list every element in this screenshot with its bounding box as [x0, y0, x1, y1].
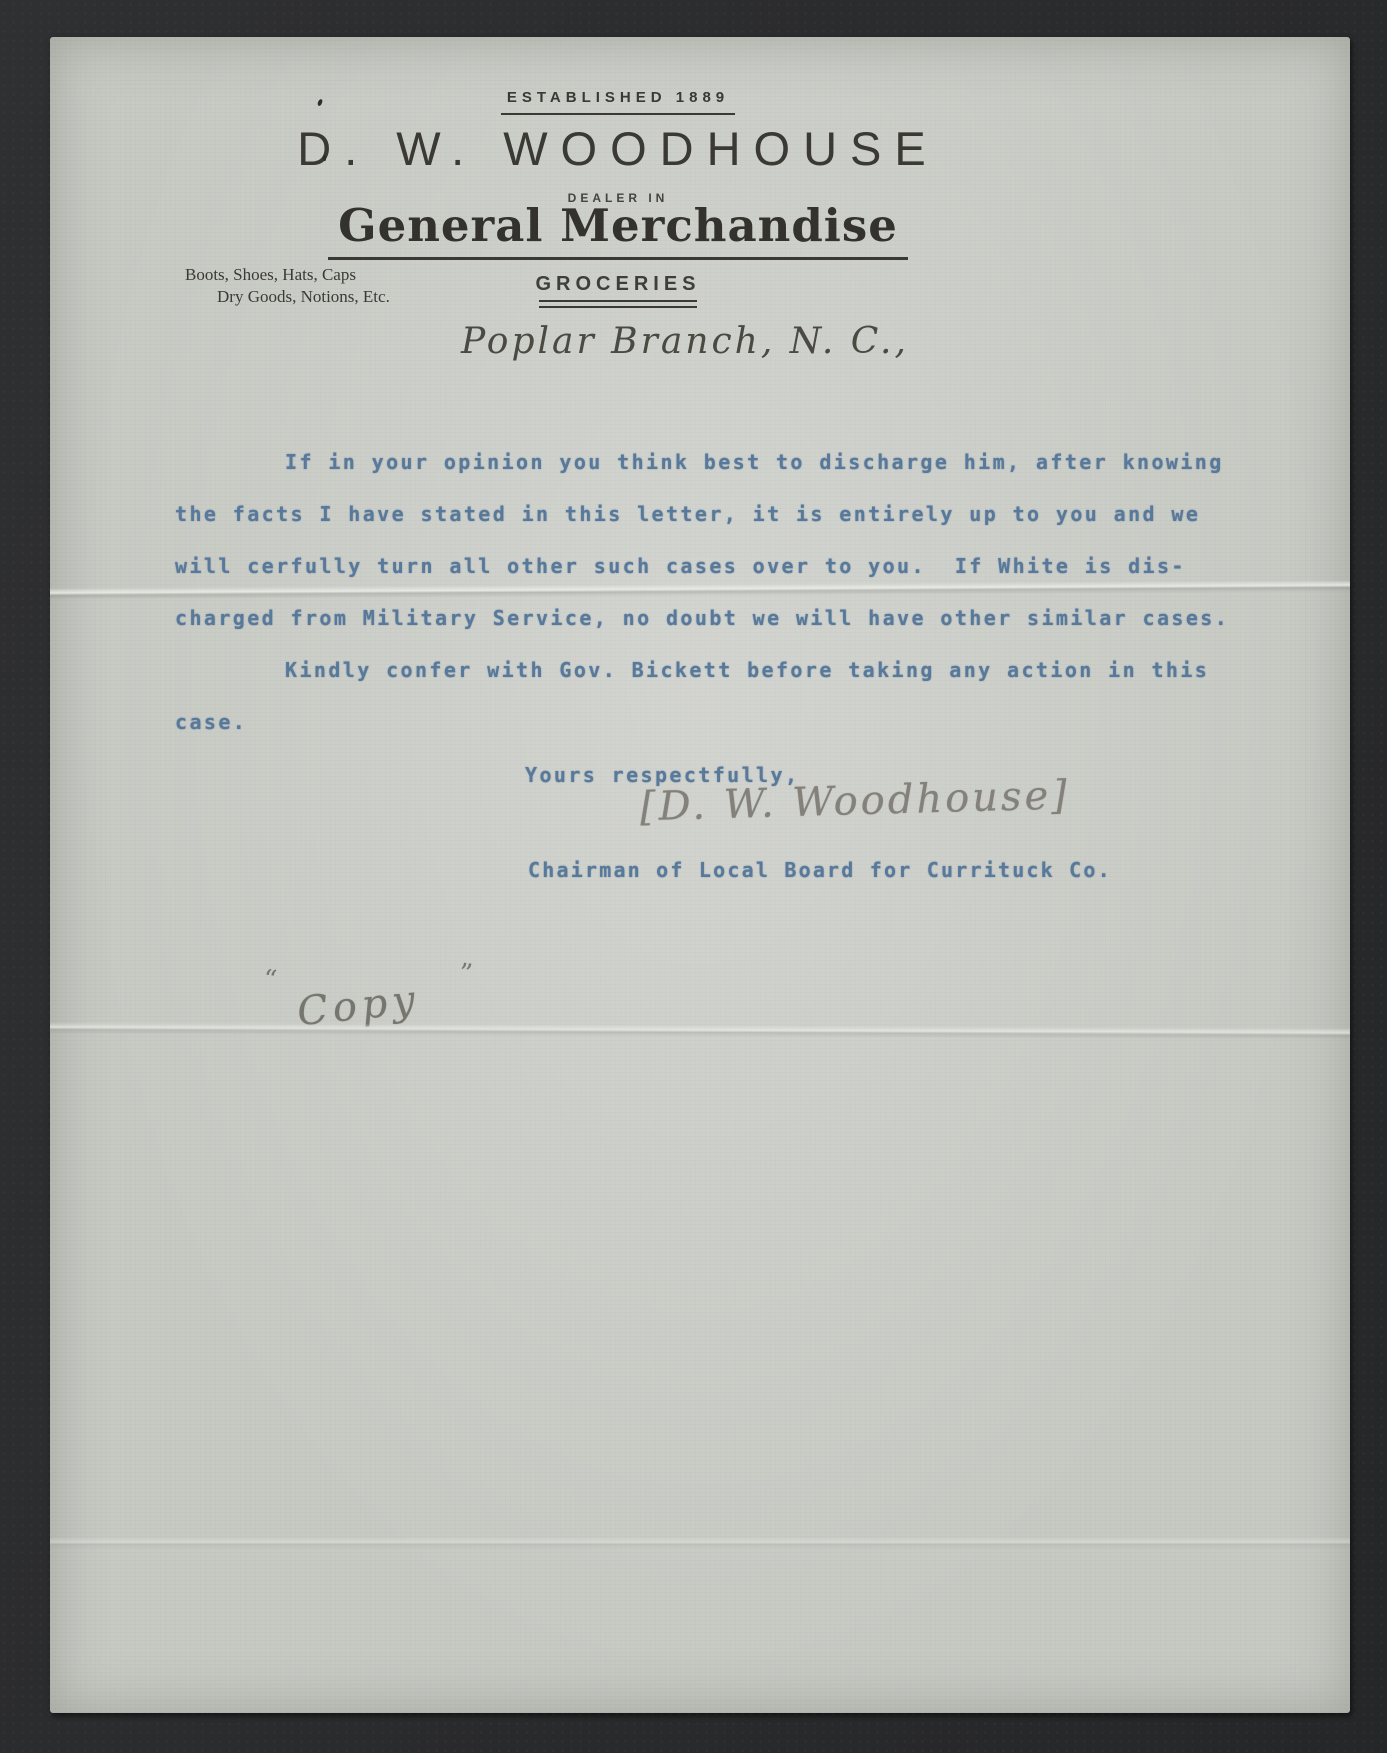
established-text: ESTABLISHED 1889: [501, 89, 735, 115]
signer-title: Chairman of Local Board for Currituck Co…: [528, 844, 1112, 896]
body-line: Kindly confer with Gov. Bickett before t…: [175, 644, 1310, 696]
scanned-letter: ESTABLISHED 1889 D. W. WOODHOUSE DEALER …: [0, 0, 1387, 1753]
handwritten-signature: [D. W. Woodhouse]: [639, 774, 1020, 831]
copy-word: Copy: [295, 977, 422, 1036]
groceries-text: GROCERIES: [50, 273, 1186, 296]
groceries-line: GROCERIES: [50, 273, 1186, 308]
business-text: General Merchandise: [328, 203, 908, 260]
established-line: ESTABLISHED 1889: [50, 89, 1186, 115]
body-line: the facts I have stated in this letter, …: [175, 488, 1310, 540]
body-line: charged from Military Service, no doubt …: [175, 592, 1310, 644]
double-rule: [539, 300, 697, 308]
body-line: will cerfully turn all other such cases …: [175, 540, 1310, 592]
fold-crease: [50, 1022, 1350, 1040]
copy-annotation: “ Copy ”: [255, 957, 495, 1067]
location-line: Poplar Branch, N. C.,: [50, 321, 1320, 362]
letter-body: If in your opinion you think best to dis…: [175, 436, 1310, 748]
body-line: case.: [175, 696, 1310, 748]
fold-crease: [50, 1537, 1350, 1549]
business-line: General Merchandise: [50, 203, 1186, 260]
body-line: If in your opinion you think best to dis…: [175, 436, 1310, 488]
letter-page: ESTABLISHED 1889 D. W. WOODHOUSE DEALER …: [50, 37, 1350, 1713]
proprietor-name: D. W. WOODHOUSE: [50, 125, 1186, 172]
close-quote-mark: ”: [457, 958, 473, 989]
open-quote-mark: “: [261, 964, 278, 996]
